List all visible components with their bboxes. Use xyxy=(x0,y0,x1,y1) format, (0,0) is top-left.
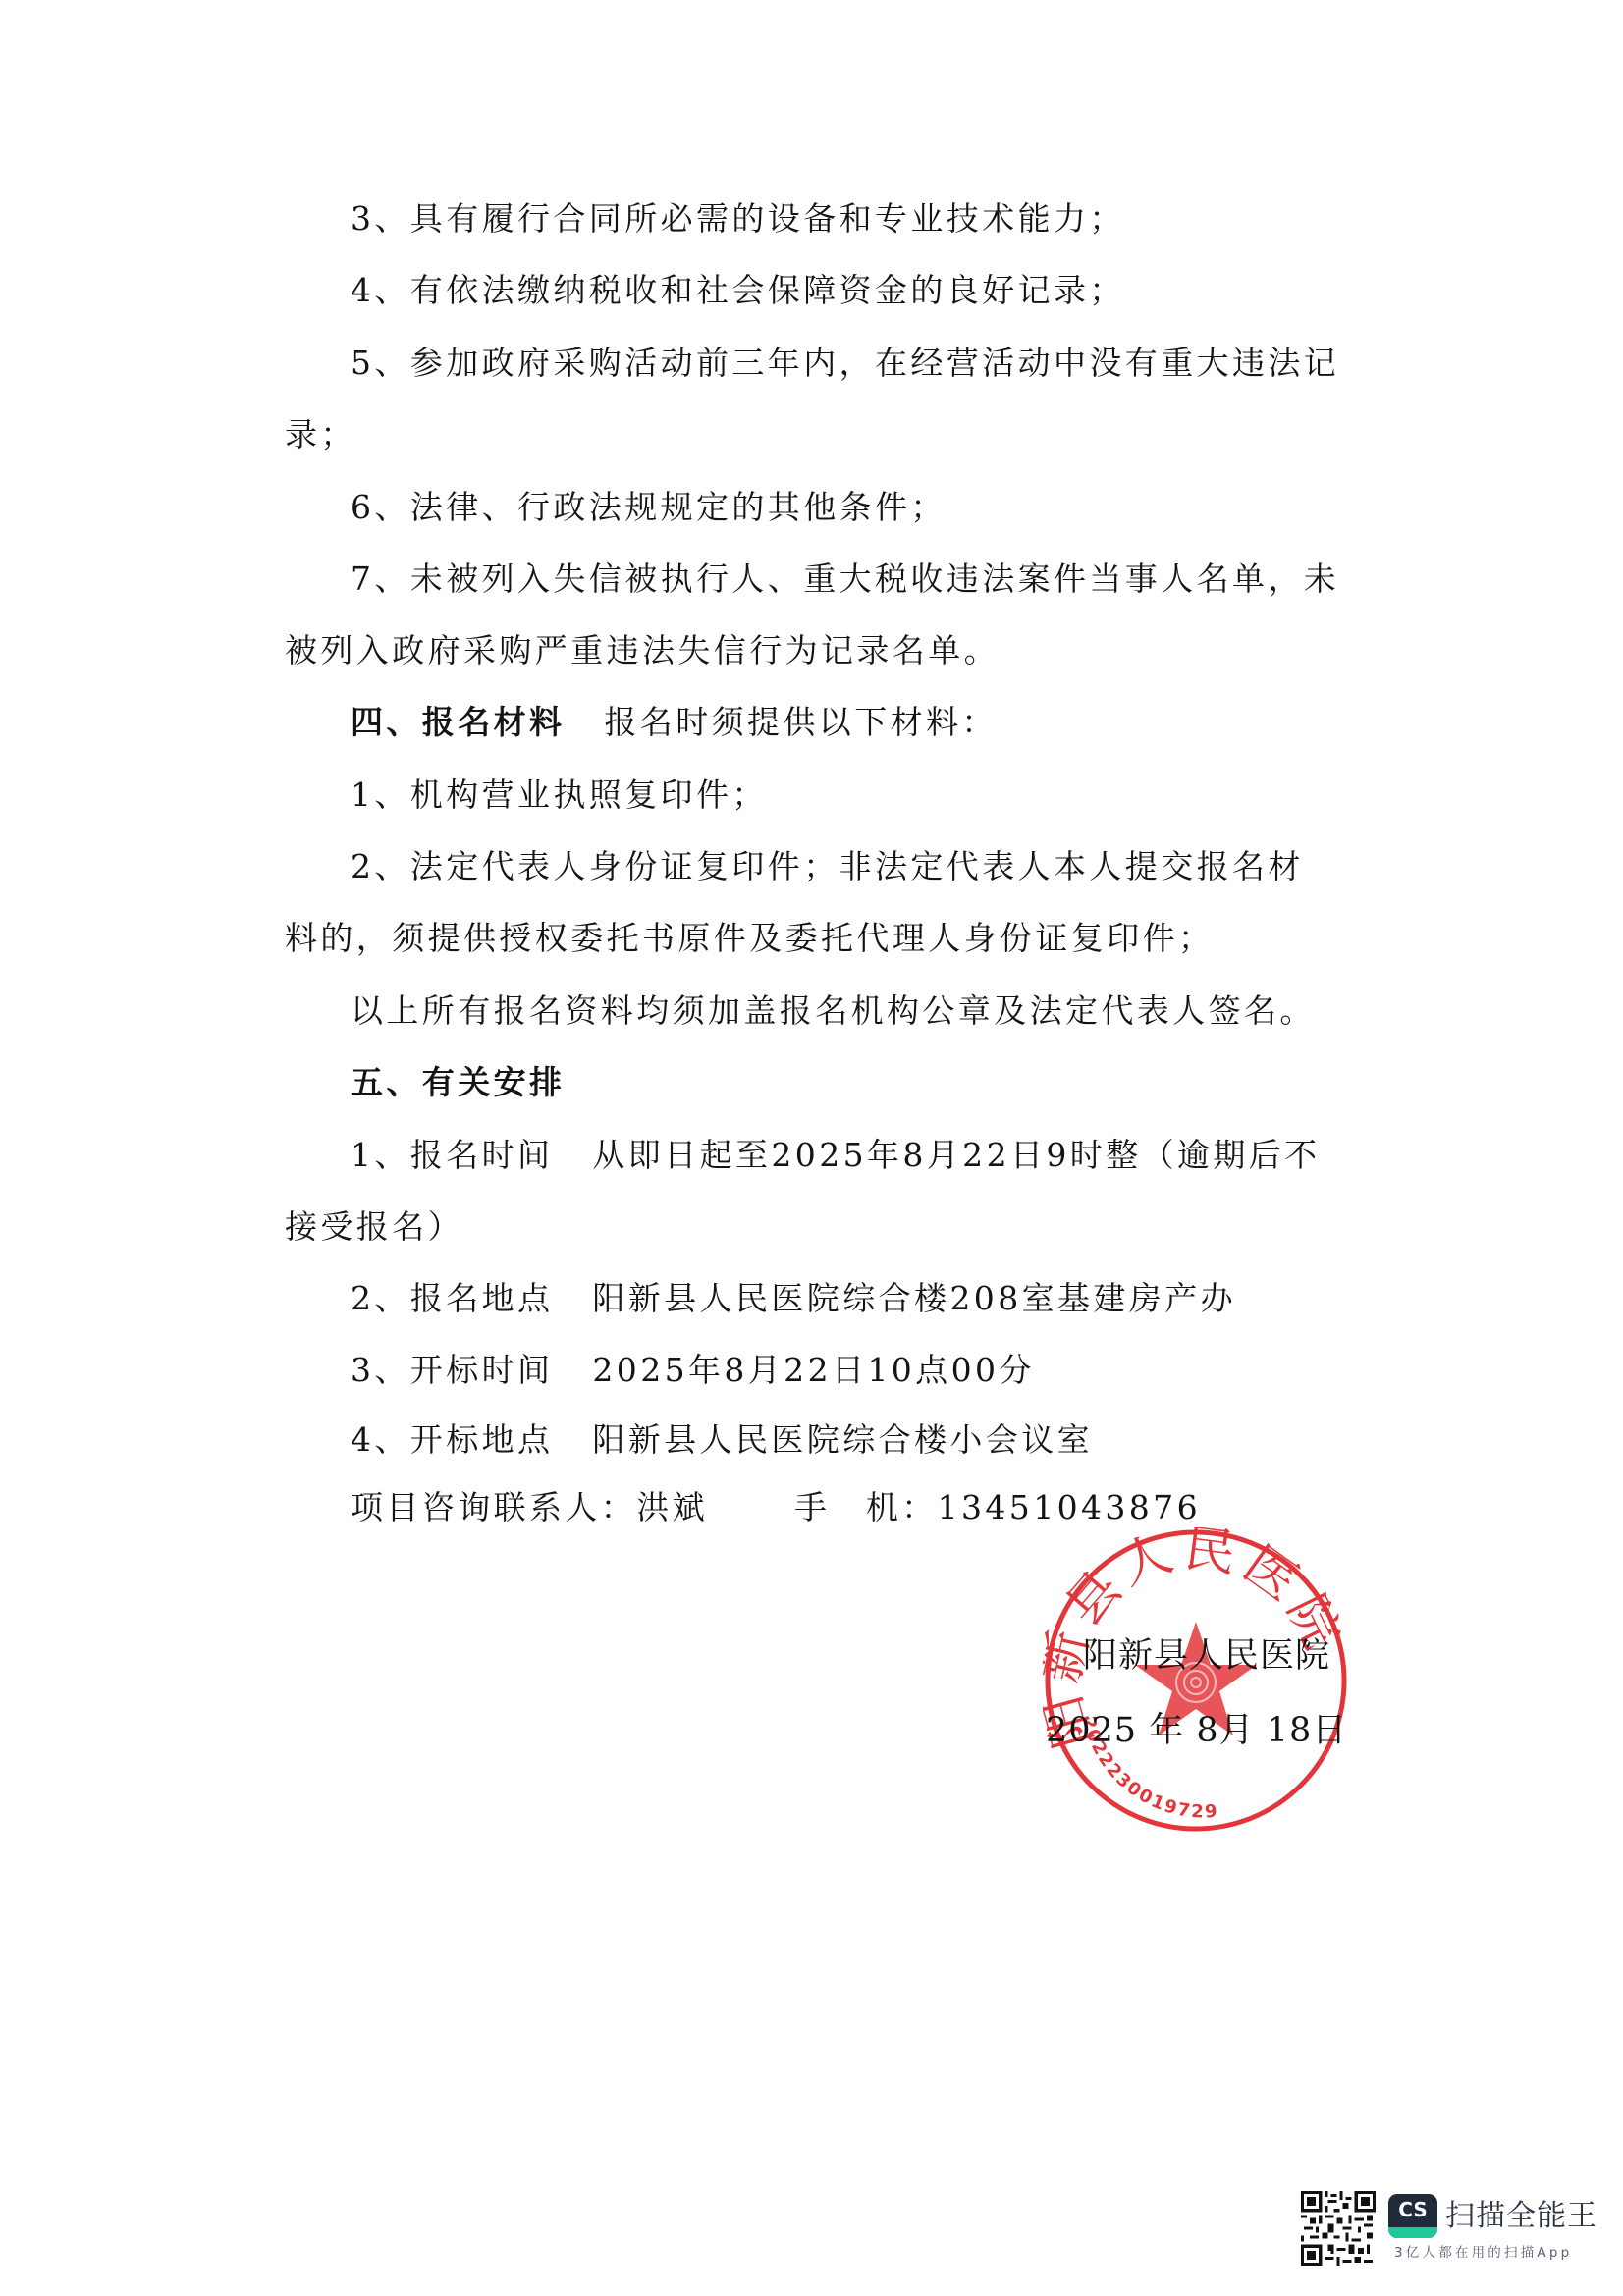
item-text-continuation: 录； xyxy=(285,415,356,454)
official-seal-stamp-icon: 阳新县人民医院 2022230019729 xyxy=(1043,1527,1349,1834)
item-number: 4、 xyxy=(351,271,410,309)
qualification-item-7-continuation: 被列入政府采购严重违法失信行为记录名单。 xyxy=(285,627,1000,674)
scanned-document-page: 3、具有履行合同所必需的设备和专业技术能力； 4、有依法缴纳税收和社会保障资金的… xyxy=(0,0,1623,2296)
contact-line: 项目咨询联系人：洪斌手 机：13451043876 xyxy=(351,1484,1201,1531)
item-number: 7、 xyxy=(351,560,410,598)
item-number: 3、 xyxy=(351,1351,410,1389)
qualification-item-5-continuation: 录； xyxy=(285,411,356,458)
section-materials-heading-line: 四、报名材料报名时须提供以下材料： xyxy=(351,699,998,746)
watermark-app-name: 扫描全能王 xyxy=(1445,2199,1597,2234)
material-item-2-continuation: 料的，须提供授权委托书原件及委托代理人身份证复印件； xyxy=(285,915,1214,962)
arrangement-item-4: 4、开标地点阳新县人民医院综合楼小会议室 xyxy=(351,1416,1093,1464)
section-intro: 报名时须提供以下材料： xyxy=(604,703,997,741)
note-text: 以上所有报名资料均须加盖报名机构公章及法定代表人签名。 xyxy=(351,991,1316,1030)
item-value: 2025年8月22日10点00分 xyxy=(592,1351,1034,1389)
materials-note: 以上所有报名资料均须加盖报名机构公章及法定代表人签名。 xyxy=(351,988,1316,1035)
camscanner-logo-icon: CS xyxy=(1388,2194,1437,2238)
item-value: 从即日起至2025年8月22日9时整（逾期后不 xyxy=(592,1136,1320,1174)
item-number: 6、 xyxy=(351,488,410,526)
item-value-continuation: 接受报名） xyxy=(285,1207,463,1246)
item-number: 5、 xyxy=(351,344,410,382)
phone-number: 13451043876 xyxy=(938,1488,1201,1526)
arrangement-item-2: 2、报名地点阳新县人民医院综合楼208室基建房产办 xyxy=(351,1275,1236,1322)
item-number: 4、 xyxy=(351,1420,410,1459)
section-arrangements-heading: 五、有关安排 xyxy=(351,1059,565,1106)
material-item-1: 1、机构营业执照复印件； xyxy=(351,772,768,819)
item-label: 报名时间 xyxy=(410,1136,554,1174)
qualification-item-4: 4、有依法缴纳税收和社会保障资金的良好记录； xyxy=(351,267,1125,314)
item-text: 法定代表人身份证复印件；非法定代表人本人提交报名材 xyxy=(410,847,1304,885)
item-value: 阳新县人民医院综合楼208室基建房产办 xyxy=(592,1279,1236,1317)
item-number: 1、 xyxy=(351,1136,410,1174)
arrangement-item-3: 3、开标时间2025年8月22日10点00分 xyxy=(351,1347,1035,1394)
phone-label: 手 机： xyxy=(794,1488,938,1526)
item-number: 1、 xyxy=(351,775,410,814)
qualification-item-5: 5、参加政府采购活动前三年内，在经营活动中没有重大违法记 xyxy=(351,340,1339,387)
logo-text: CS xyxy=(1388,2198,1437,2221)
item-label: 报名地点 xyxy=(410,1279,554,1317)
item-text: 具有履行合同所必需的设备和专业技术能力； xyxy=(410,199,1125,238)
item-text-continuation: 料的，须提供授权委托书原件及委托代理人身份证复印件； xyxy=(285,919,1214,957)
item-label: 开标地点 xyxy=(410,1420,554,1459)
section-heading: 五、有关安排 xyxy=(351,1063,565,1101)
qualification-item-6: 6、法律、行政法规规定的其他条件； xyxy=(351,484,947,531)
item-label: 开标时间 xyxy=(410,1351,554,1389)
contact-label: 项目咨询联系人： xyxy=(351,1488,636,1526)
item-text: 未被列入失信被执行人、重大税收违法案件当事人名单，未 xyxy=(410,560,1339,598)
item-text: 有依法缴纳税收和社会保障资金的良好记录； xyxy=(410,271,1125,309)
qr-code-icon xyxy=(1301,2190,1376,2267)
signature-date: 2025 年 8月 18日 xyxy=(1046,1709,1347,1752)
item-text: 法律、行政法规规定的其他条件； xyxy=(410,488,947,526)
material-item-2: 2、法定代表人身份证复印件；非法定代表人本人提交报名材 xyxy=(351,843,1304,890)
arrangement-item-1: 1、报名时间从即日起至2025年8月22日9时整（逾期后不 xyxy=(351,1132,1321,1179)
item-text: 参加政府采购活动前三年内，在经营活动中没有重大违法记 xyxy=(410,344,1339,382)
item-text: 机构营业执照复印件； xyxy=(410,775,768,814)
section-heading: 四、报名材料 xyxy=(351,703,565,741)
item-value: 阳新县人民医院综合楼小会议室 xyxy=(592,1420,1093,1459)
qualification-item-7: 7、未被列入失信被执行人、重大税收违法案件当事人名单，未 xyxy=(351,556,1339,603)
arrangement-item-1-continuation: 接受报名） xyxy=(285,1203,463,1251)
item-text-continuation: 被列入政府采购严重违法失信行为记录名单。 xyxy=(285,631,1000,669)
item-number: 3、 xyxy=(351,199,410,238)
signature-organization: 阳新县人民医院 xyxy=(1083,1634,1330,1678)
contact-name: 洪斌 xyxy=(636,1488,708,1526)
watermark-tagline: 3亿人都在用的扫描App xyxy=(1394,2243,1572,2263)
qualification-item-3: 3、具有履行合同所必需的设备和专业技术能力； xyxy=(351,195,1125,242)
item-number: 2、 xyxy=(351,847,410,885)
item-number: 2、 xyxy=(351,1279,410,1317)
